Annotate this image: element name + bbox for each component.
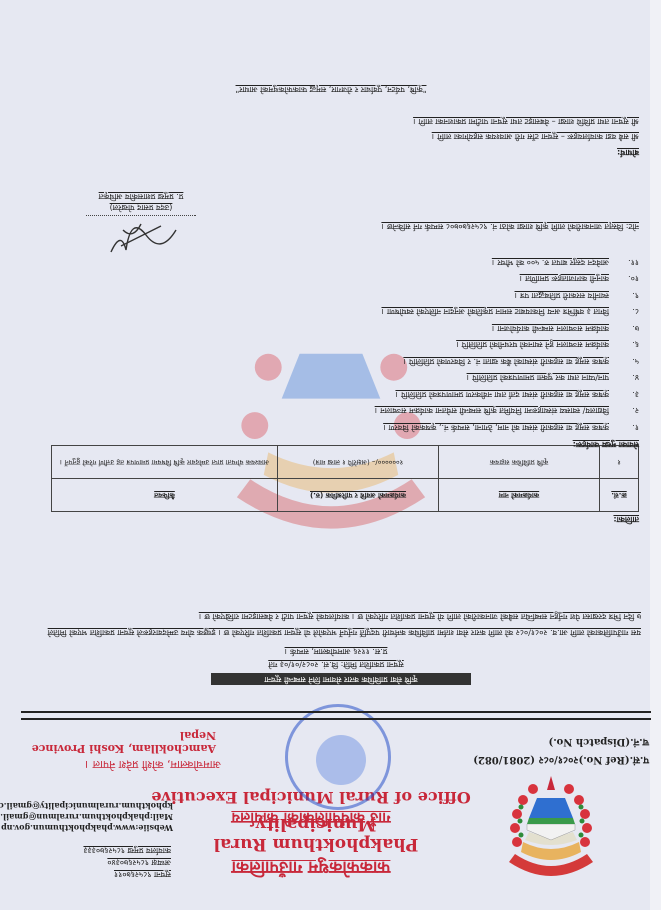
municipality-emblem-icon bbox=[503, 774, 599, 890]
list-item: १.कृषक समूह वा सहकारी संस्था को नाम, ठेग… bbox=[79, 419, 639, 436]
item-number: ३. bbox=[609, 386, 639, 403]
subject-bar: कृषि सेवा प्राविधिक करार सेवामा लिने सम्… bbox=[211, 673, 471, 685]
item-number: ४. bbox=[609, 369, 639, 386]
item-number: १०. bbox=[609, 270, 639, 287]
signature-line bbox=[86, 215, 196, 216]
signature-block: (उदय प्रसाद पोखरेल) प्र. प्रमुख प्रशासकी… bbox=[61, 191, 221, 260]
duties-title: सेवाका मुख्य कार्यहरू: bbox=[573, 439, 639, 450]
col-remarks: कैफियत bbox=[52, 479, 278, 512]
list-item: ७.कार्यक्रम सञ्चालन सम्बन्धी कार्ययोजना … bbox=[79, 320, 639, 337]
item-number: ७. bbox=[609, 320, 639, 337]
program-table: क्र.सं. कार्यक्रमको नाम कार्यक्रमको अवधि… bbox=[51, 445, 639, 512]
email-link[interactable]: Mail:phakphokthum.ruralmun@gmail.comphs bbox=[3, 811, 173, 822]
cc-list: श्री सबै वडा कार्यालयहरू – सूचना टाँस गर… bbox=[413, 114, 639, 144]
reference-block: प.सं.(Ref No.)२०८१/०८२ (2081/082) च.नं.(… bbox=[473, 732, 649, 768]
document-page: फाकफोकथुम गाउँपालिका Phakphokthum Rural … bbox=[0, 0, 661, 910]
ref-number: प.सं.(Ref No.)२०८१/०८२ (2081/082) bbox=[473, 750, 649, 768]
item-text: विद्यालय/ स्वास्थ्य संस्थाहरूमा नियमित क… bbox=[375, 407, 609, 416]
item-text: कार्यक्रम सञ्चालन हुने स्थानको घरधनीको प… bbox=[456, 341, 609, 350]
note-text: नोट: विस्तृत जानकारीको लागि कृषि शाखा को… bbox=[381, 221, 639, 232]
table-label: तालिका: bbox=[613, 514, 639, 525]
col-program: कार्यक्रमको नाम bbox=[439, 479, 600, 512]
signatory-title: प्र. प्रमुख प्रशासकीय अधिकृत bbox=[61, 191, 221, 202]
website-link[interactable]: Websiie:www.phakphokthumun.gov.np bbox=[3, 822, 173, 833]
cell-duration-pay: १००००००/– (अक्षरेपि १ लाख मात्र) bbox=[278, 446, 439, 479]
address-english: Aamchokllam, Koshi Province Nepal bbox=[0, 729, 216, 755]
item-number: ५. bbox=[609, 353, 639, 370]
cc-label: बोधार्थ: bbox=[617, 147, 639, 158]
duties-list: १.कृषक समूह वा सहकारी संस्था को नाम, ठेग… bbox=[79, 254, 639, 436]
email-link-2[interactable]: kphokthum.ruralmunicipality@gmail.com bbox=[3, 800, 173, 811]
list-item: ५.कृषक समूह वा सहकारी संस्थाको बैंक खाता… bbox=[79, 353, 639, 370]
col-duration-pay: कार्यक्रमको अवधि र पारिश्रमिक (रु.) bbox=[278, 479, 439, 512]
table-row: १ कृषि प्राविधिक सहायक १००००००/– (अक्षरे… bbox=[52, 446, 639, 479]
item-text: आवेदन दस्तुर बापत रु. ५०० को भौचर । bbox=[492, 258, 609, 267]
cell-sn: १ bbox=[600, 446, 639, 479]
list-item: ९.स्थानीय सरकारी प्रतिबद्धता पत्र । bbox=[79, 287, 639, 304]
list-item: ८.विगत ३ वर्षभित्र अन्य निकायबाट समान प्… bbox=[79, 303, 639, 320]
header-divider-2 bbox=[21, 711, 651, 713]
col-sn: क्र.सं. bbox=[600, 479, 639, 512]
cell-remarks: आवश्यक योग्यता प्राप्त उम्मेदवार कृषि वि… bbox=[52, 446, 278, 479]
item-text: कृषक समूह वा सहकारी संस्था को नाम, ठेगान… bbox=[383, 423, 609, 432]
item-number: ९. bbox=[609, 287, 639, 304]
item-number: ६. bbox=[609, 336, 639, 353]
slogan: "कृषि, पर्यटन, पूर्वाधार र रोजगार, समृद्… bbox=[141, 84, 521, 95]
item-text: पान/प्यान तथा कर चुक्ता प्रमाणपत्रको प्र… bbox=[467, 374, 609, 383]
phone-office-chief: कार्यालय प्रमुख ९८५२६७०३३३ bbox=[11, 844, 171, 856]
contact-phones: सूचना ९८५२६७०११ अध्यक्ष ९८५२६७०३४० कार्य… bbox=[11, 844, 171, 880]
list-item: ६.कार्यक्रम सञ्चालन हुने स्थानको घरधनीको… bbox=[79, 336, 639, 353]
item-number: २. bbox=[609, 402, 639, 419]
item-number: ८. bbox=[609, 303, 639, 320]
publish-date: सूचना प्रकाशित मिति: वि.सं. २०८२/०१/०३ ग… bbox=[211, 658, 461, 670]
item-text: कृषक समूह वा सहकारी संस्थाको बैंक खाता न… bbox=[403, 357, 609, 366]
list-item: ४.पान/प्यान तथा कर चुक्ता प्रमाणपत्रको प… bbox=[79, 369, 639, 386]
list-item: २.विद्यालय/ स्वास्थ्य संस्थाहरूमा नियमित… bbox=[79, 402, 639, 419]
item-text: कानुनी कागजातहरू प्रमाणित । bbox=[520, 275, 609, 284]
cell-program: कृषि प्राविधिक सहायक bbox=[439, 446, 600, 479]
stamp-center bbox=[316, 735, 366, 785]
item-number: १. bbox=[609, 419, 639, 436]
signatory-name: (उदय प्रसाद पोखरेल) bbox=[61, 202, 221, 213]
office-name-nepali: गाउँ कार्यपालिकाको कार्यालय bbox=[201, 808, 421, 828]
item-text: कार्यक्रम सञ्चालन सम्बन्धी कार्ययोजना । bbox=[492, 324, 609, 333]
list-item: १०.कानुनी कागजातहरू प्रमाणित । bbox=[79, 270, 639, 287]
web-contacts: Websiie:www.phakphokthumun.gov.np Mail:p… bbox=[3, 800, 173, 833]
table-header-row: क्र.सं. कार्यक्रमको नाम कार्यक्रमको अवधि… bbox=[52, 479, 639, 512]
subject-line-2: प्र.स. ११२६ आमचोक्लाम, सम्पर्क । bbox=[211, 645, 461, 657]
signature-icon bbox=[101, 220, 181, 260]
item-text: विगत ३ वर्षभित्र अन्य निकायबाट समान प्रक… bbox=[381, 308, 609, 317]
list-item: ३.कृषक समूह वा सहकारी संस्था दर्ता तथा न… bbox=[79, 386, 639, 403]
phone-chair: अध्यक्ष ९८५२६७०३४० bbox=[11, 856, 171, 868]
header-divider bbox=[21, 718, 651, 720]
municipality-name-nepali: फाकफोकथुम गाउँपालिका bbox=[201, 857, 421, 880]
item-text: कृषक समूह वा सहकारी संस्था दर्ता तथा नवी… bbox=[395, 390, 609, 399]
dispatch-number: च.नं.(Dispatch No.) bbox=[473, 732, 649, 750]
item-text: स्थानीय सरकारी प्रतिबद्धता पत्र । bbox=[515, 291, 609, 300]
address-nepali: आमचोक्लाम, कोशी प्रदेश नेपाल । bbox=[85, 757, 221, 772]
item-number: ११. bbox=[609, 254, 639, 271]
intro-paragraph: यस गाउँपालिकाको लागि आ.व. २०८१/०८२ को ला… bbox=[41, 608, 641, 640]
cc-item: श्री सूचना तथा प्रविधि शाखा – वेबसाइट तथ… bbox=[413, 114, 639, 129]
scan-edge bbox=[650, 0, 661, 910]
phone-info: सूचना ९८५२६७०११ bbox=[11, 868, 171, 880]
cc-item: श्री सबै वडा कार्यालयहरू – सूचना टाँस गर… bbox=[413, 129, 639, 144]
